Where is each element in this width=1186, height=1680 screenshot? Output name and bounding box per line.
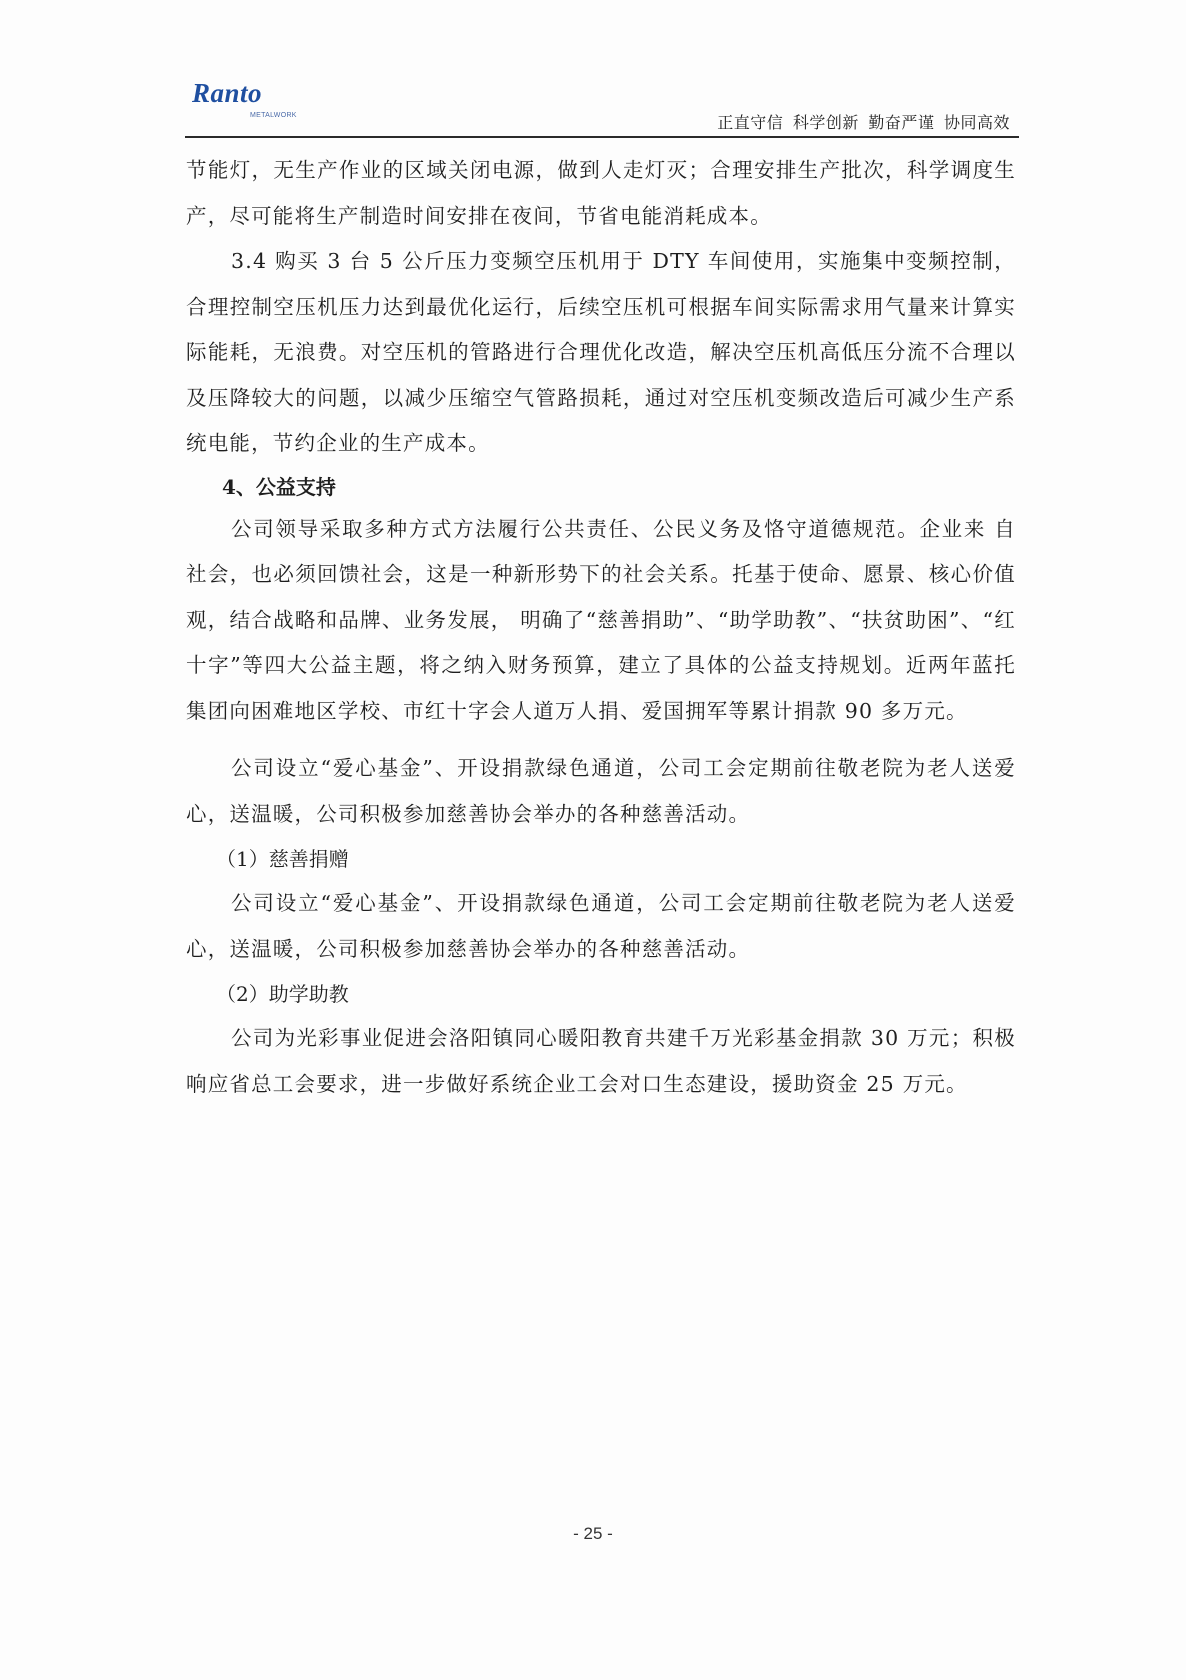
company-logo: Ranto: [192, 78, 262, 109]
section-heading-public-welfare: 4、公益支持: [186, 467, 1016, 507]
page-header: Ranto METALWORK 正直守信 科学创新 勤奋严谨 协同高效: [190, 78, 1020, 138]
subheading-charity-donation: （1）慈善捐赠: [186, 837, 1016, 881]
header-divider: [185, 136, 1019, 138]
spacer: [186, 734, 1016, 746]
company-logo-subtitle: METALWORK: [250, 112, 297, 119]
paragraph-public-welfare: 公司领导采取多种方式方法履行公共责任、公民义务及恪守道德规范。企业来 自社会，也…: [186, 507, 1016, 735]
subheading-education-aid: （2）助学助教: [186, 972, 1016, 1016]
paragraph-education-aid: 公司为光彩事业促进会洛阳镇同心暖阳教育共建千万光彩基金捐款 30 万元；积极响应…: [186, 1016, 1016, 1107]
paragraph-energy-saving: 节能灯，无生产作业的区域关闭电源，做到人走灯灭；合理安排生产批次，科学调度生产，…: [186, 148, 1016, 239]
page-number: - 25 -: [0, 1524, 1186, 1544]
paragraph-love-fund: 公司设立“爱心基金”、开设捐款绿色通道，公司工会定期前往敬老院为老人送爱心，送温…: [186, 746, 1016, 837]
paragraph-charity-donation: 公司设立“爱心基金”、开设捐款绿色通道，公司工会定期前往敬老院为老人送爱心，送温…: [186, 881, 1016, 972]
paragraph-air-compressor: 3.4 购买 3 台 5 公斤压力变频空压机用于 DTY 车间使用，实施集中变频…: [186, 239, 1016, 467]
company-motto: 正直守信 科学创新 勤奋严谨 协同高效: [717, 110, 1010, 133]
document-body: 节能灯，无生产作业的区域关闭电源，做到人走灯灭；合理安排生产批次，科学调度生产，…: [186, 148, 1016, 1107]
